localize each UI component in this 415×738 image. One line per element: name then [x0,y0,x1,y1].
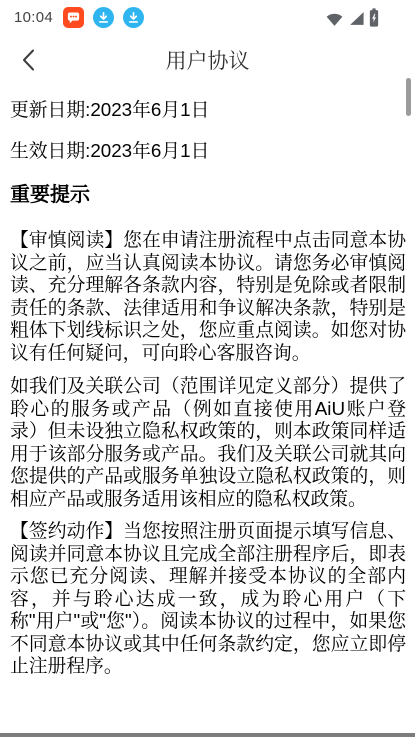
header: 用户协议 [0,32,415,88]
battery-charging-icon [369,8,379,27]
scrollbar-thumb[interactable] [406,78,411,116]
download-notification-icon [123,7,144,28]
status-bar: 10:04 [0,0,415,32]
agreement-paragraph: 【审慎阅读】您在申请注册流程中点击同意本协议之前，应当认真阅读本协议。请您务必审… [10,229,406,364]
effective-date: 生效日期:2023年6月1日 [10,140,406,163]
status-time: 10:04 [14,9,53,26]
agreement-paragraph: 如我们及关联公司（范围详见定义部分）提供了聆心的服务或产品（例如直接使用AiU账… [10,375,406,510]
cellular-signal-icon [348,10,365,27]
section-title: 重要提示 [10,184,406,207]
download-notification-icon [93,7,114,28]
back-button[interactable] [10,42,48,80]
notification-icons [63,7,144,28]
page-title: 用户协议 [0,45,415,75]
agreement-paragraph: 【签约动作】当您按照注册页面提示填写信息、阅读并同意本协议且完成全部注册程序后，… [10,520,406,678]
status-right-icons [325,8,379,27]
agreement-content[interactable]: 更新日期:2023年6月1日 生效日期:2023年6月1日 重要提示 【审慎阅读… [0,99,415,678]
update-date: 更新日期:2023年6月1日 [10,99,406,122]
message-notification-icon [63,7,84,28]
back-chevron-icon [18,47,40,76]
bottom-edge-bar [0,733,415,737]
wifi-icon [325,10,344,27]
